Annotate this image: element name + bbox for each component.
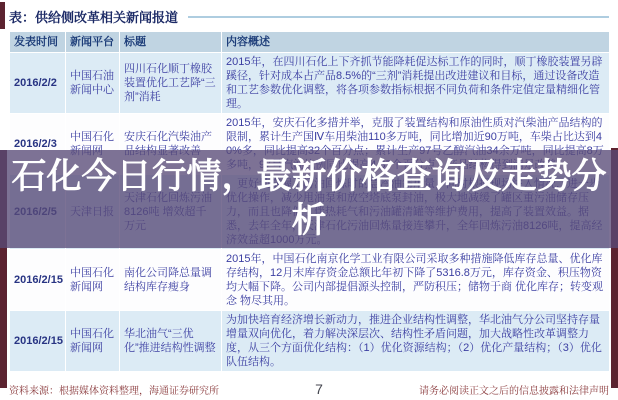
cell-summary: 2015年，中国石化南京化学工业有限公司采取多种措施降低库存总量、优化库存结构，… [222,250,610,311]
watermark-text: 石化今日行情，最新价格查询及走势分析 [0,155,618,243]
disclaimer-note: 请务必阅读正文之后的信息披露和法律声明 [419,382,609,397]
table-row: 2016/2/2 中国石油新闻中心 四川石化顺丁橡胶装置优化工艺降“三剂”消耗 … [10,53,610,114]
cell-date: 2016/2/2 [10,53,66,114]
table-header-row: 发表时间 新闻平台 标题 内容概述 [10,32,610,53]
header-summary: 内容概述 [222,32,610,53]
table-row: 2016/2/15 中国石化新闻网 南化公司降总量调结构库存瘦身 2015年，中… [10,250,610,311]
cell-date: 2016/2/15 [10,250,66,311]
page-footer: 资料来源：根据媒体资料整理，海通证券研究所 7 请务必阅读正文之后的信息披露和法… [9,381,609,397]
header-date: 发表时间 [10,32,66,53]
cell-summary: 为加快培育经济增长新动力，推进企业结构性调整，华北油气分公司坚持存量增量双向优化… [222,311,610,372]
cell-title: 四川石化顺丁橡胶装置优化工艺降“三剂”消耗 [120,53,222,114]
cell-platform: 中国石化新闻网 [66,311,120,372]
cell-platform: 中国石化新闻网 [66,250,120,311]
header-platform: 新闻平台 [66,32,120,53]
page-number: 7 [315,381,323,397]
table-caption-row: 表：供给侧改革相关新闻报道 [0,0,618,29]
caption-rule [188,16,609,18]
table-caption: 表：供给侧改革相关新闻报道 [9,7,178,26]
cell-title: 华北油气“三优化”推进结构性调整 [120,311,222,372]
watermark-overlay: 石化今日行情，最新价格查询及走势分析 [0,150,618,248]
source-note: 资料来源：根据媒体资料整理，海通证券研究所 [9,382,219,397]
table-row: 2016/2/15 中国石化新闻网 华北油气“三优化”推进结构性调整 为加快培育… [10,311,610,372]
cell-platform: 中国石油新闻中心 [66,53,120,114]
header-title: 标题 [120,32,222,53]
report-page: 表：供给侧改革相关新闻报道 发表时间 新闻平台 标题 内容概述 2016/2/2… [0,0,618,400]
left-edge-stripe-top [0,2,5,29]
cell-date: 2016/2/15 [10,311,66,372]
cell-summary: 2015年，在四川石化上下齐抓节能降耗促达标工作的同时，顺丁橡胶装置另辟蹊径，针… [222,53,610,114]
cell-title: 南化公司降总量调结构库存瘦身 [120,250,222,311]
